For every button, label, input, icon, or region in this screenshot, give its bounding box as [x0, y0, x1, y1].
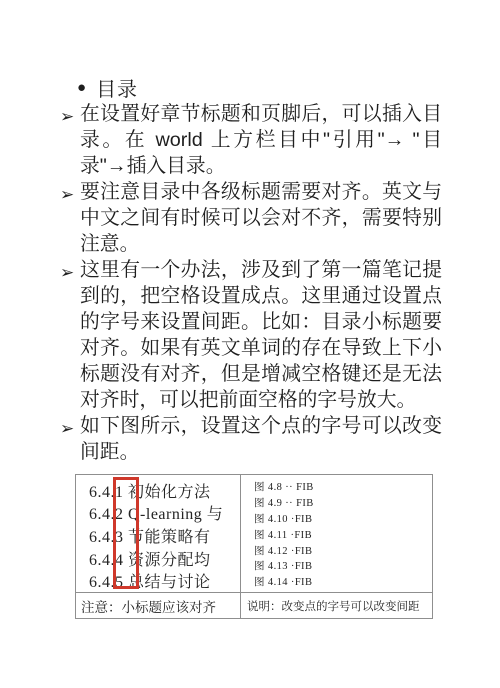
toc-entry: 6.4.5 总结与讨论 [89, 569, 237, 592]
paragraph: ➢ 这里有一个办法，涉及到了第一篇笔记提到的，把空格设置成点。这里通过设置点的字… [60, 257, 462, 413]
toc-entry: 6.4.1 初始化方法 [89, 479, 237, 502]
paragraph-text: 如下图所示，设置这个点的字号可以改变间距。 [80, 413, 442, 465]
toc-entry: 6.4.2 Q-learning 与 [89, 502, 237, 525]
paragraph-text: 在设置好章节标题和页脚后，可以插入目录。在 world 上方栏目中"引用"→ "… [80, 101, 442, 179]
paragraph-text: 要注意目录中各级标题需要对齐。英文与中文之间有时候可以会对不齐，需要特别注意。 [80, 179, 442, 257]
figure-list-column: 图 4.8 ·· FIB 图 4.9 ·· FIB 图 4.10 ·FIB 图 … [254, 479, 426, 590]
page-title: 目录 [96, 73, 138, 102]
figure-list-item: 图 4.14 ·FIB [254, 574, 426, 590]
bullet-icon: ● [77, 80, 87, 95]
arrow-bullet-icon: ➢ [60, 104, 74, 130]
paragraph: ➢ 在设置好章节标题和页脚后，可以插入目录。在 world 上方栏目中"引用"→… [60, 101, 462, 179]
title-row: ● 目录 [60, 74, 500, 101]
arrow-bullet-icon: ➢ [60, 416, 74, 442]
paragraph-text: 这里有一个办法，涉及到了第一篇笔记提到的，把空格设置成点。这里通过设置点的字号来… [80, 257, 442, 413]
arrow-bullet-icon: ➢ [60, 182, 74, 208]
arrow-bullet-icon: ➢ [60, 260, 74, 286]
figure-list-item: 图 4.9 ·· FIB [254, 495, 426, 511]
paragraph: ➢ 如下图所示，设置这个点的字号可以改变间距。 [60, 413, 462, 465]
figure-list-item: 图 4.8 ·· FIB [254, 479, 426, 495]
document-page: ● 目录 ➢ 在设置好章节标题和页脚后，可以插入目录。在 world 上方栏目中… [0, 0, 500, 688]
table-column-divider [240, 475, 241, 618]
embedded-table-screenshot: 6.4.1 初始化方法 6.4.2 Q-learning 与 6.4.3 节能策… [75, 474, 433, 619]
figure-list-item: 图 4.10 ·FIB [254, 511, 426, 527]
note-right-cell: 说明：改变点的字号可以改变间距 [247, 593, 432, 619]
paragraph: ➢ 要注意目录中各级标题需要对齐。英文与中文之间有时候可以会对不齐，需要特别注意… [60, 179, 462, 257]
toc-entry: 6.4.3 节能策略有 [89, 524, 237, 547]
toc-entry: 6.4.4 资源分配均 [89, 547, 237, 570]
note-left-cell: 注意：小标题应该对齐 [81, 593, 239, 619]
figure-list-item: 图 4.13 ·FIB [254, 558, 426, 574]
figure-list-item: 图 4.11 ·FIB [254, 526, 426, 542]
figure-list-item: 图 4.12 ·FIB [254, 542, 426, 558]
toc-entries-column: 6.4.1 初始化方法 6.4.2 Q-learning 与 6.4.3 节能策… [89, 479, 237, 592]
